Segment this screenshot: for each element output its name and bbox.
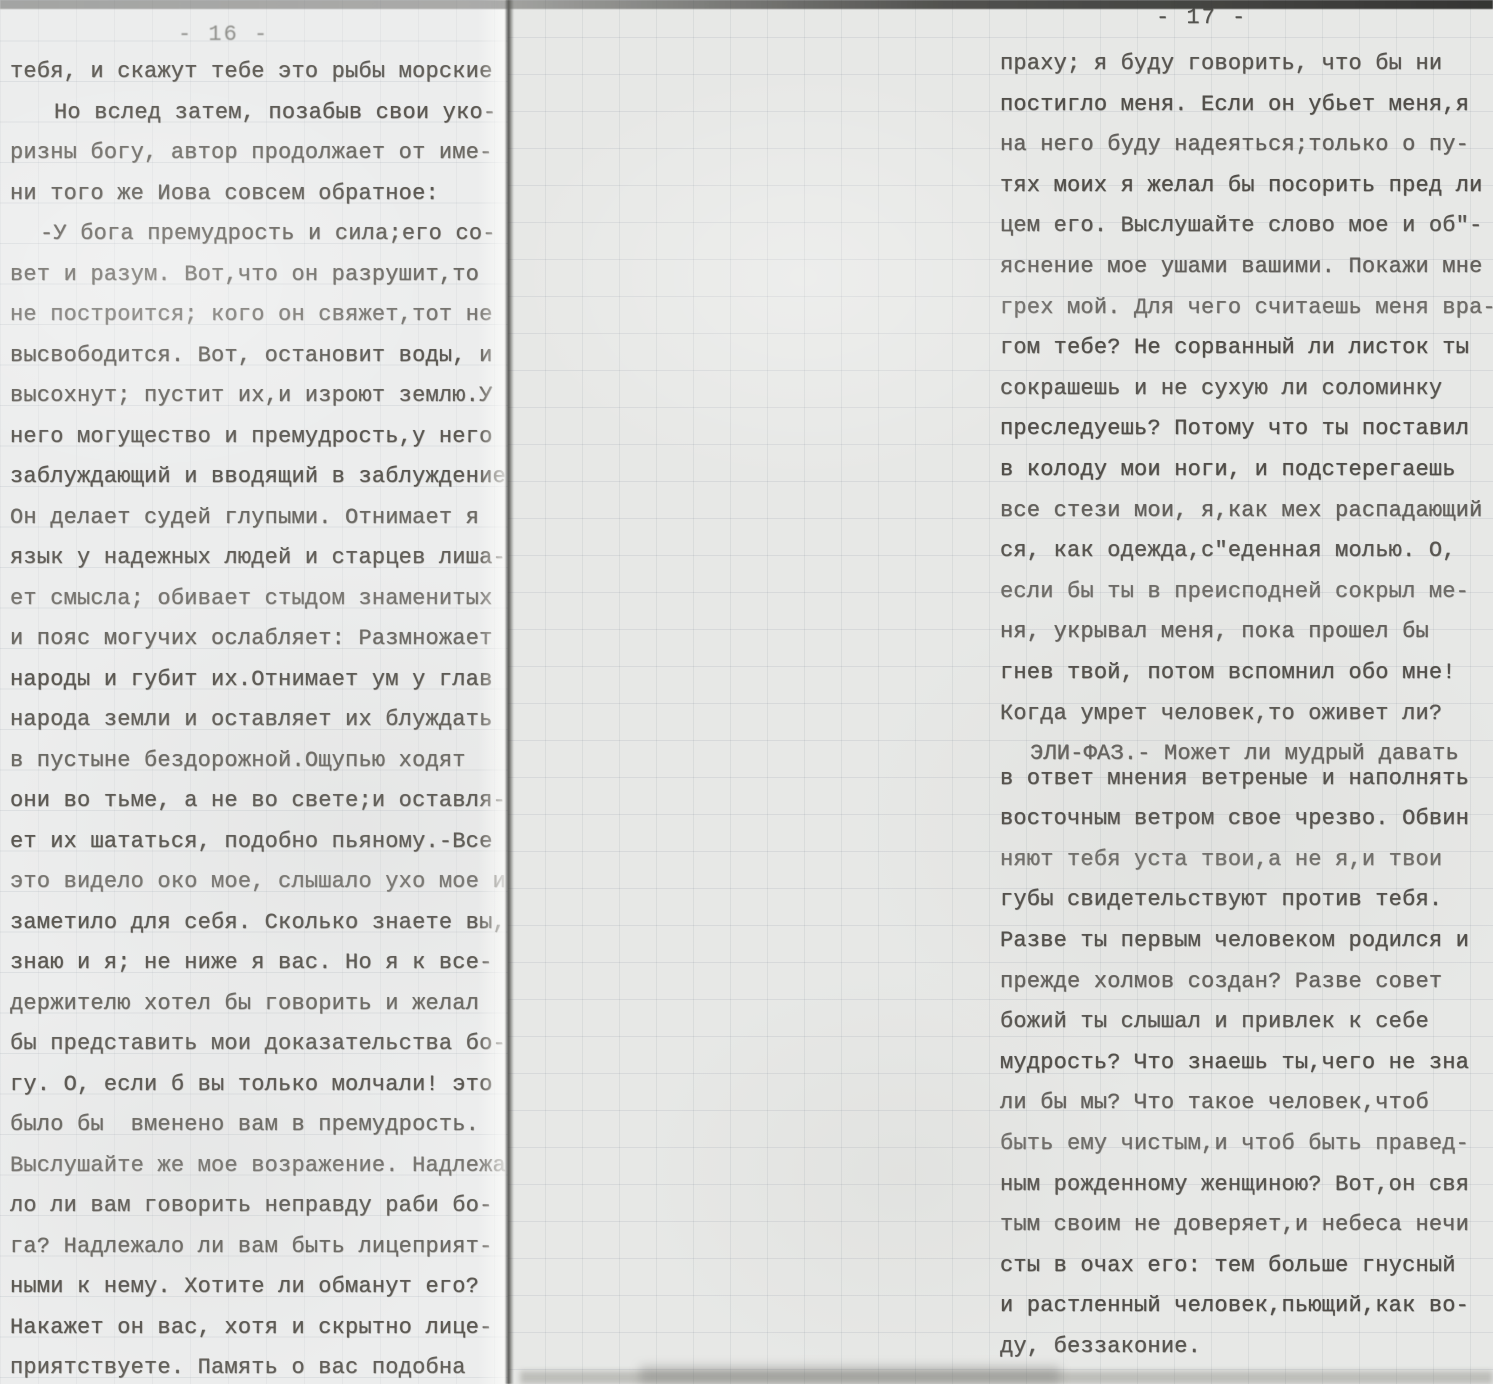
text-line: заметило для себя. Сколько знаете вы, xyxy=(10,903,508,944)
text-line: если бы ты в преисподней сокрыл ме- xyxy=(1000,572,1492,613)
scan-bottom-blotch xyxy=(640,1366,1060,1384)
text-line: в колоду мои ноги, и подстерегаешь xyxy=(1000,450,1492,491)
text-line: Но вслед затем, позабыв свои уко- xyxy=(10,93,508,134)
text-line: бы представить мои доказательства бо- xyxy=(10,1024,508,1065)
text-line: вет и разум. Вот,что он разрушит,то xyxy=(10,255,508,296)
text-line: гнев твой, потом вспомнил обо мне! xyxy=(1000,653,1492,694)
text-line: прежде холмов создан? Разве совет xyxy=(1000,962,1492,1003)
text-line: постигло меня. Если он убьет меня,я xyxy=(1000,85,1492,126)
text-line: цем его. Выслушайте слово мое и об"- xyxy=(1000,206,1492,247)
document-scan: - 16 - тебя, и скажут тебе это рыбы морс… xyxy=(0,0,1493,1384)
text-line: они во тьме, а не во свете;и оставля- xyxy=(10,781,508,822)
text-line: и пояс могучих ослабляет: Размножает xyxy=(10,619,508,660)
left-page-text: тебя, и скажут тебе это рыбы морскиеНо в… xyxy=(10,52,508,1384)
text-line: не построится; кого он свяжет,тот не xyxy=(10,295,508,336)
text-line: губы свидетельствуют против тебя. xyxy=(1000,880,1492,921)
text-line: все стези мои, я,как мех распадающий xyxy=(1000,491,1492,532)
text-line: ся, как одежда,с"еденная молью. О, xyxy=(1000,531,1492,572)
text-line: няют тебя уста твои,а не я,и твои xyxy=(1000,840,1492,881)
text-line: Разве ты первым человеком родился и xyxy=(1000,921,1492,962)
text-line: праху; я буду говорить, что бы ни xyxy=(1000,44,1492,85)
text-line: Он делает судей глупыми. Отнимает я xyxy=(10,498,508,539)
left-page: - 16 - тебя, и скажут тебе это рыбы морс… xyxy=(0,0,508,1384)
text-line: ет смысла; обивает стыдом знаменитых xyxy=(10,579,508,620)
text-line: тым своим не доверяет,и небеса нечи xyxy=(1000,1205,1492,1246)
text-line: приятствуете. Память о вас подобна xyxy=(10,1348,508,1384)
page-fold-highlight xyxy=(478,0,506,1384)
text-line: ным рожденному женщиною? Вот,он свя xyxy=(1000,1165,1492,1206)
text-line: ЭЛИ-ФАЗ.- Может ли мудрый давать xyxy=(1000,734,1492,775)
text-line: тях моих я желал бы посорить пред ли xyxy=(1000,166,1492,207)
text-line: ни того же Иова совсем обратное: xyxy=(10,174,508,215)
text-line: ли бы мы? Что такое человек,чтоб xyxy=(1000,1083,1492,1124)
text-line: божий ты слышал и привлек к себе xyxy=(1000,1002,1492,1043)
text-line: сокрашешь и не сухую ли соломинку xyxy=(1000,369,1492,410)
text-line: га? Надлежало ли вам быть лицеприят- xyxy=(10,1227,508,1268)
text-line: Накажет он вас, хотя и скрытно лице- xyxy=(10,1308,508,1349)
right-page-text: праху; я буду говорить, что бы нипостигл… xyxy=(1000,44,1492,1368)
text-line: было бы вменено вам в премудрость. xyxy=(10,1105,508,1146)
text-line: знаю и я; не ниже я вас. Но я к все- xyxy=(10,943,508,984)
text-line: заблуждающий и вводящий в заблуждение xyxy=(10,457,508,498)
text-line: и растленный человек,пьющий,как во- xyxy=(1000,1286,1492,1327)
text-line: высвободится. Вот, остановит воды, и xyxy=(10,336,508,377)
text-line: народы и губит их.Отнимает ум у глав xyxy=(10,660,508,701)
text-line: это видело око мое, слышало ухо мое и xyxy=(10,862,508,903)
text-line: ня, укрывал меня, пока прошел бы xyxy=(1000,612,1492,653)
text-line: Когда умрет человек,то оживет ли? xyxy=(1000,694,1492,735)
text-line: ет их шататься, подобно пьяному.-Все xyxy=(10,822,508,863)
text-line: ными к нему. Хотите ли обманут его? xyxy=(10,1267,508,1308)
text-line: Выслушайте же мое возражение. Надлежа xyxy=(10,1146,508,1187)
text-line: гом тебе? Не сорванный ли листок ты xyxy=(1000,328,1492,369)
text-line: ло ли вам говорить неправду раби бо- xyxy=(10,1186,508,1227)
text-line: -У бога премудрость и сила;его со- xyxy=(10,214,508,255)
text-line: мудрость? Что знаешь ты,чего не зна xyxy=(1000,1043,1492,1084)
right-page: - 17 - 268 праху; я буду говорить, что б… xyxy=(508,0,1493,1384)
text-line: быть ему чистым,и чтоб быть правед- xyxy=(1000,1124,1492,1165)
text-line: сты в очах его: тем больше гнусный xyxy=(1000,1246,1492,1287)
text-line: в пустыне бездорожной.Ощупью ходят xyxy=(10,741,508,782)
text-line: ду, беззаконие. xyxy=(1000,1327,1492,1368)
text-line: тебя, и скажут тебе это рыбы морские xyxy=(10,52,508,93)
text-line: грех мой. Для чего считаешь меня вра- xyxy=(1000,288,1492,329)
text-line: на него буду надеяться;только о пу- xyxy=(1000,125,1492,166)
text-line: восточным ветром свое чрезво. Обвин xyxy=(1000,799,1492,840)
text-line: держителю хотел бы говорить и желал xyxy=(10,984,508,1025)
text-line: яснение мое ушами вашими. Покажи мне xyxy=(1000,247,1492,288)
text-line: народа земли и оставляет их блуждать xyxy=(10,700,508,741)
page-fold-line xyxy=(505,0,514,1384)
text-line: преследуешь? Потому что ты поставил xyxy=(1000,409,1492,450)
text-line: высохнут; пустит их,и изроют землю.У xyxy=(10,376,508,417)
text-line: гу. О, если б вы только молчали! это xyxy=(10,1065,508,1106)
text-line: язык у надежных людей и старцев лиша- xyxy=(10,538,508,579)
text-line: ризны богу, автор продолжает от име- xyxy=(10,133,508,174)
text-line: него могущество и премудрость,у него xyxy=(10,417,508,458)
scan-top-edge xyxy=(0,0,1493,9)
left-page-number: - 16 - xyxy=(178,22,269,47)
